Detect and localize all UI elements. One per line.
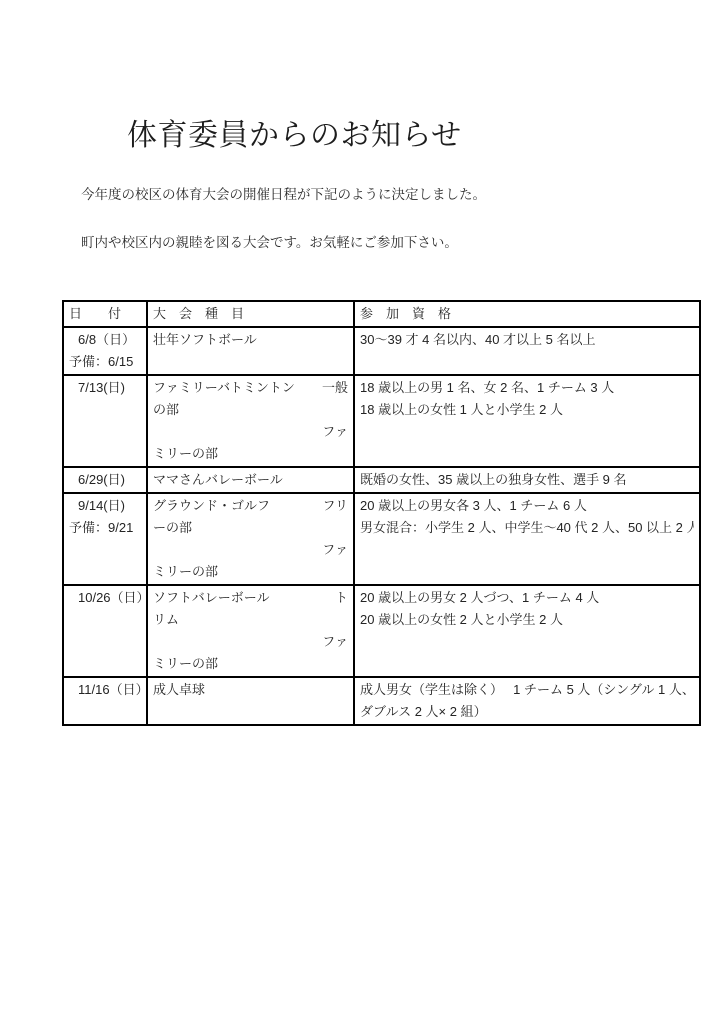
- table-row: 11/16（日）成人卓球成人男女（学生は除く） 1 チーム 5 人（シングル 1…: [63, 677, 700, 725]
- event-line: ミリーの部: [153, 653, 348, 675]
- date-line: 予備：9/21: [69, 517, 141, 539]
- table-row: 9/14(日)予備：9/21グラウンド・ゴルフフリーの部ファミリーの部20 歳以…: [63, 493, 700, 585]
- event-cell: ファミリーバトミントン一般の部ファミリーの部: [147, 375, 354, 467]
- document-page: 体育委員からのお知らせ 今年度の校区の体育大会の開催日程が下記のように決定しまし…: [0, 0, 724, 1024]
- schedule-table-body: 6/8（日）予備：6/15壮年ソフトボール30～39 才 4 名以内、40 才以…: [63, 327, 700, 725]
- date-cell: 10/26（日）: [63, 585, 147, 677]
- event-line: ファミリーバトミントン一般: [153, 377, 348, 399]
- schedule-table-head: 日 付 大 会 種 目 参 加 資 格: [63, 301, 700, 327]
- event-line: グラウンド・ゴルフフリ: [153, 495, 348, 517]
- date-line: 7/13(日): [69, 377, 141, 399]
- qualification-line: 男女混合：小学生 2 人、中学生～40 代 2 人、50 以上 2 人。: [360, 517, 694, 539]
- date-line: 10/26（日）: [69, 587, 141, 609]
- header-event-type: 大 会 種 目: [147, 301, 354, 327]
- event-line: ソフトバレーボールト: [153, 587, 348, 609]
- qualification-cell: 20 歳以上の男女 2 人づつ、1 チーム 4 人20 歳以上の女性 2 人と小…: [354, 585, 700, 677]
- qualification-line: 30～39 才 4 名以内、40 才以上 5 名以上: [360, 329, 694, 351]
- table-row: 6/29(日)ママさんバレーボール既婚の女性、35 歳以上の独身女性、選手 9 …: [63, 467, 700, 493]
- qualification-cell: 成人男女（学生は除く） 1 チーム 5 人（シングル 1 人、ダブルス 2 人×…: [354, 677, 700, 725]
- table-row: 10/26（日）ソフトバレーボールトリムファミリーの部20 歳以上の男女 2 人…: [63, 585, 700, 677]
- event-line-left: ファミリーバトミントン: [153, 377, 295, 399]
- qualification-line: 18 歳以上の女性 1 人と小学生 2 人: [360, 399, 694, 421]
- qualification-line: 20 歳以上の女性 2 人と小学生 2 人: [360, 609, 694, 631]
- date-cell: 6/8（日）予備：6/15: [63, 327, 147, 375]
- event-line: ーの部: [153, 517, 348, 539]
- event-line: ミリーの部: [153, 561, 348, 583]
- qualification-line: 成人男女（学生は除く） 1 チーム 5 人（シングル 1 人、: [360, 679, 694, 701]
- table-row: 7/13(日)ファミリーバトミントン一般の部ファミリーの部18 歳以上の男 1 …: [63, 375, 700, 467]
- qualification-cell: 既婚の女性、35 歳以上の独身女性、選手 9 名: [354, 467, 700, 493]
- qualification-cell: 18 歳以上の男 1 名、女 2 名、1 チーム 3 人18 歳以上の女性 1 …: [354, 375, 700, 467]
- event-line-right: ト: [335, 587, 348, 609]
- qualification-cell: 20 歳以上の男女各 3 人、1 チーム 6 人男女混合：小学生 2 人、中学生…: [354, 493, 700, 585]
- event-line-right: フリ: [323, 495, 348, 517]
- intro-paragraph: 今年度の校区の体育大会の開催日程が下記のように決定しました。: [81, 183, 486, 203]
- event-line: の部: [153, 399, 348, 421]
- date-cell: 7/13(日): [63, 375, 147, 467]
- invitation-paragraph: 町内や校区内の親睦を図る大会です。お気軽にご参加下さい。: [81, 231, 458, 251]
- date-cell: 11/16（日）: [63, 677, 147, 725]
- event-line: ママさんバレーボール: [153, 469, 348, 491]
- header-qualification: 参 加 資 格: [354, 301, 700, 327]
- event-line-left: ソフトバレーボール: [153, 587, 269, 609]
- event-cell: ソフトバレーボールトリムファミリーの部: [147, 585, 354, 677]
- qualification-line: 既婚の女性、35 歳以上の独身女性、選手 9 名: [360, 469, 694, 491]
- header-date: 日 付: [63, 301, 147, 327]
- date-cell: 6/29(日): [63, 467, 147, 493]
- event-line: 壮年ソフトボール: [153, 329, 348, 351]
- qualification-cell: 30～39 才 4 名以内、40 才以上 5 名以上: [354, 327, 700, 375]
- event-line: 成人卓球: [153, 679, 348, 701]
- schedule-table: 日 付 大 会 種 目 参 加 資 格 6/8（日）予備：6/15壮年ソフトボー…: [62, 300, 701, 726]
- event-line: ミリーの部: [153, 443, 348, 465]
- page-title: 体育委員からのお知らせ: [127, 110, 462, 154]
- date-line: 11/16（日）: [69, 679, 141, 701]
- event-line: ファ: [153, 631, 348, 653]
- date-cell: 9/14(日)予備：9/21: [63, 493, 147, 585]
- event-cell: 壮年ソフトボール: [147, 327, 354, 375]
- date-line: 9/14(日): [69, 495, 141, 517]
- event-line: ファ: [153, 421, 348, 443]
- event-line-left: グラウンド・ゴルフ: [153, 495, 270, 517]
- qualification-line: 20 歳以上の男女各 3 人、1 チーム 6 人: [360, 495, 694, 517]
- event-line: ファ: [153, 539, 348, 561]
- table-row: 6/8（日）予備：6/15壮年ソフトボール30～39 才 4 名以内、40 才以…: [63, 327, 700, 375]
- qualification-line: 18 歳以上の男 1 名、女 2 名、1 チーム 3 人: [360, 377, 694, 399]
- event-cell: グラウンド・ゴルフフリーの部ファミリーの部: [147, 493, 354, 585]
- event-cell: 成人卓球: [147, 677, 354, 725]
- event-cell: ママさんバレーボール: [147, 467, 354, 493]
- date-line: 6/8（日）: [69, 329, 141, 351]
- date-line: 予備：6/15: [69, 351, 141, 373]
- qualification-line: ダブルス 2 人× 2 組）: [360, 701, 694, 723]
- event-line-right: 一般: [322, 377, 348, 399]
- qualification-line: 20 歳以上の男女 2 人づつ、1 チーム 4 人: [360, 587, 694, 609]
- date-line: 6/29(日): [69, 469, 141, 491]
- event-line: リム: [153, 609, 348, 631]
- header-row: 日 付 大 会 種 目 参 加 資 格: [63, 301, 700, 327]
